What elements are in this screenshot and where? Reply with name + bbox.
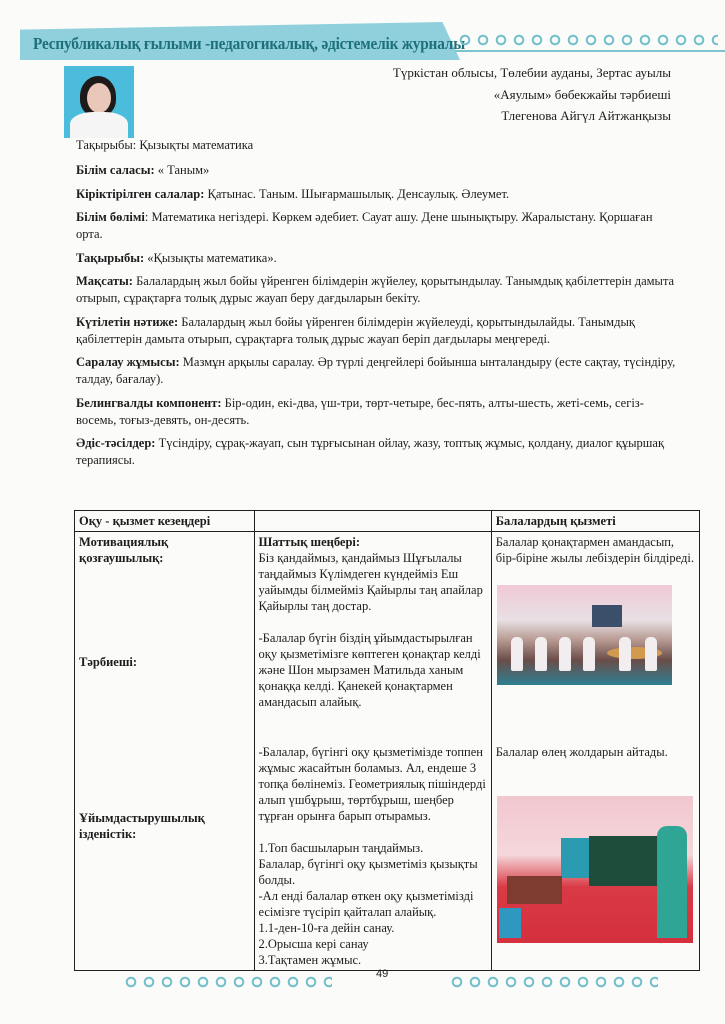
ornament-border-top [456, 33, 718, 47]
teacher-list-5: 3.Тақтамен жұмыс. [259, 952, 487, 968]
portrait-face [87, 83, 111, 113]
page-number: 49 [376, 968, 388, 980]
journal-title: Республикалық ғылыми -педагогикалық, әді… [33, 34, 465, 54]
author-photo [64, 66, 134, 138]
field-expected-result: Күтілетін нәтиже: Балалардың жыл бойы үй… [76, 314, 676, 348]
field-knowledge-area: Білім саласы: « Таным» [76, 162, 676, 179]
teacher-list-4: 2.Орысша кері санау [259, 936, 487, 952]
lesson-details: Тақырыбы: Қызықты математика Білім салас… [76, 137, 676, 476]
stage-organizational: Ұйымдастырушылық ізденістік: [79, 810, 254, 842]
stages-cell: Мотивациялық қозғаушылық: Тәрбиеші: Ұйым… [75, 532, 255, 971]
teacher-list-3: 1.1-ден-10-ға дейін санау. [259, 920, 487, 936]
table-row: Мотивациялық қозғаушылық: Тәрбиеші: Ұйым… [75, 532, 700, 971]
author-location: Түркістан облысы, Төлебии ауданы, Зертас… [393, 62, 671, 84]
field-integrated-areas: Кіріктірілген салалар: Қатынас. Таным. Ш… [76, 186, 676, 203]
author-name: Тлегенова Айгүл Айтжанқызы [393, 105, 671, 127]
teacher-list-2: -Ал енді балалар өткен оқу қызметімізді … [259, 888, 487, 920]
field-differentiation: Саралау жұмысы: Мазмұн арқылы саралау. Ә… [76, 354, 676, 388]
header-teacher [254, 511, 491, 532]
teacher-list-0: 1.Топ басшыларын таңдаймыз. [259, 840, 487, 856]
field-goal: Мақсаты: Балалардың жыл бойы үйренген бі… [76, 273, 676, 307]
field-methods: Әдіс-тәсілдер: Түсіндіру, сұрақ-жауап, с… [76, 435, 676, 469]
header-stages: Оқу - қызмет кезеңдері [75, 511, 255, 532]
lesson-plan-table: Оқу - қызмет кезеңдері Балалардың қызмет… [74, 510, 700, 971]
portrait-body [70, 112, 128, 138]
field-topic: Тақырыбы: «Қызықты математика». [76, 250, 676, 267]
author-position: «Аяулым» бөбекжайы тәрбиеші [393, 84, 671, 106]
greeting-poem: Біз қандаймыз, қандаймыз Шұғылалы таңдай… [259, 550, 487, 614]
children-activity-cell: Балалар қонақтармен амандасып, бір-бірін… [491, 532, 699, 971]
ornament-border-bottom-right [448, 975, 658, 989]
circle-heading: Шаттық шеңбері: [259, 534, 487, 550]
children-text-2: Балалар өлең жолдарын айтады. [496, 744, 668, 760]
header-children: Балалардың қызметі [491, 511, 699, 532]
field-knowledge-section: Білім бөлімі: Математика негіздері. Көрк… [76, 209, 676, 243]
stage-motivation: Мотивациялық қозғаушылық: [79, 534, 250, 566]
ornament-border-bottom-left [122, 975, 332, 989]
teacher-para-2: -Балалар, бүгінгі оқу қызметімізде топпе… [259, 744, 487, 824]
children-text-1: Балалар қонақтармен амандасып, бір-бірін… [496, 534, 695, 566]
stage-teacher: Тәрбиеші: [79, 654, 137, 670]
teacher-list-1: Балалар, бүгінгі оқу қызметіміз қызықты … [259, 856, 487, 888]
ornament-line [455, 50, 725, 52]
field-bilingual: Белингвалды компонент: Бір-один, екі-два… [76, 395, 676, 429]
table-header-row: Оқу - қызмет кезеңдері Балалардың қызмет… [75, 511, 700, 532]
teacher-classroom-photo [497, 796, 693, 943]
author-info: Түркістан облысы, Төлебии ауданы, Зертас… [393, 62, 671, 127]
children-in-classroom-photo [497, 585, 672, 685]
teacher-activity-cell: Шаттық шеңбері: Біз қандаймыз, қандаймыз… [254, 532, 491, 971]
topic-line: Тақырыбы: Қызықты математика [76, 137, 676, 154]
teacher-para-1: -Балалар бүгін біздің ұйымдастырылған оқ… [259, 630, 487, 710]
